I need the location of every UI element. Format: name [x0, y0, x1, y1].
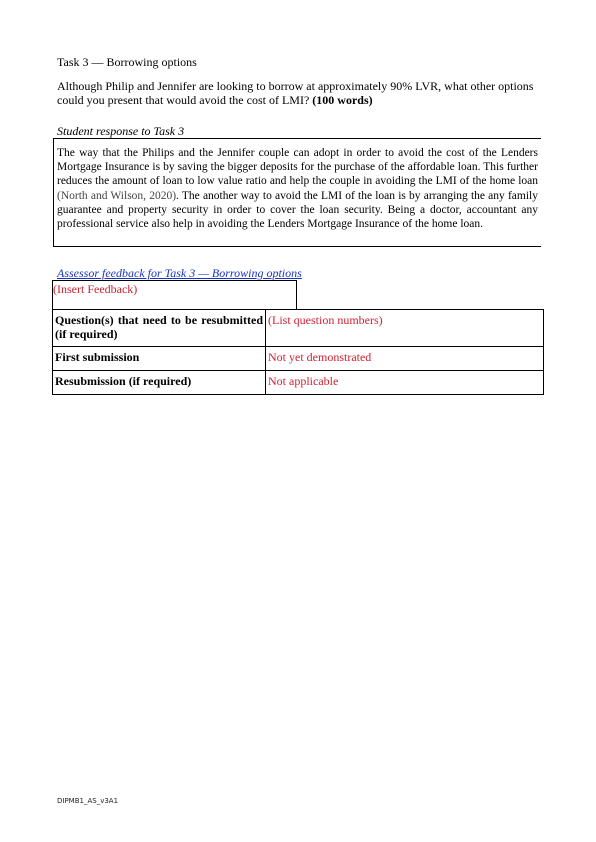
- response-text-part1: The way that the Philips and the Jennife…: [57, 147, 538, 187]
- first-submission-value[interactable]: Not yet demonstrated: [266, 347, 544, 371]
- task-question: Although Philip and Jennifer are looking…: [57, 79, 541, 107]
- resubmit-questions-value[interactable]: (List question numbers): [266, 310, 544, 347]
- first-submission-label: First submission: [53, 347, 266, 371]
- table-row: Resubmission (if required) Not applicabl…: [53, 371, 544, 395]
- assessor-feedback-heading[interactable]: Assessor feedback for Task 3 — Borrowing…: [57, 266, 302, 280]
- citation: (North and Wilson, 2020): [57, 190, 176, 202]
- document-code-footer: DIPMB1_AS_v3A1: [57, 797, 118, 806]
- assessment-results-table: Question(s) that need to be resubmitted …: [52, 309, 544, 395]
- student-response-label: Student response to Task 3: [57, 124, 184, 138]
- task-title: Task 3 — Borrowing options: [57, 55, 197, 69]
- resubmission-label: Resubmission (if required): [53, 371, 266, 395]
- table-row: Question(s) that need to be resubmitted …: [53, 310, 544, 347]
- word-limit: (100 words): [312, 93, 372, 107]
- resubmission-value[interactable]: Not applicable: [266, 371, 544, 395]
- question-text: Although Philip and Jennifer are looking…: [57, 79, 533, 107]
- insert-feedback-field[interactable]: (Insert Feedback): [52, 280, 297, 310]
- resubmit-questions-label: Question(s) that need to be resubmitted …: [53, 310, 266, 347]
- table-row: First submission Not yet demonstrated: [53, 347, 544, 371]
- student-response-text: The way that the Philips and the Jennife…: [57, 146, 538, 231]
- student-response-box[interactable]: The way that the Philips and the Jennife…: [53, 138, 541, 247]
